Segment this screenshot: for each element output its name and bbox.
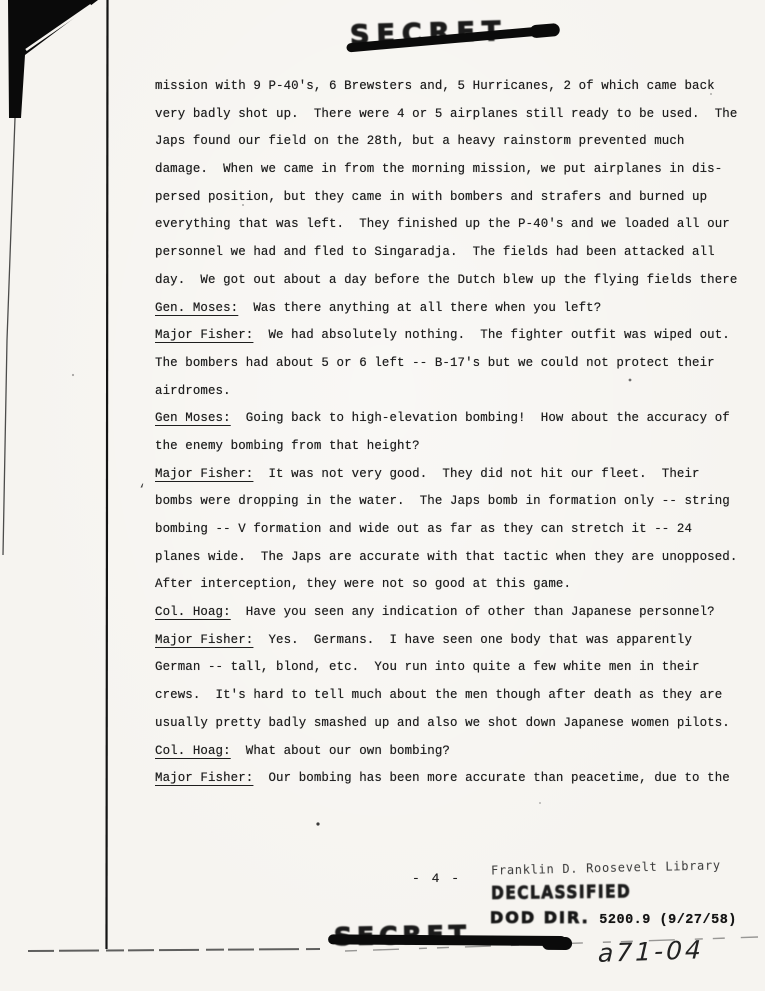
transcript-line: mission with 9 P-40's, 6 Brewsters and, … (155, 73, 761, 101)
transcript-line-text: persed position, but they came in with b… (155, 190, 707, 204)
bottom-scan-line-left (28, 949, 320, 951)
transcript-line-text: What about our own bombing? (231, 744, 450, 758)
transcript-line-text: The bombers had about 5 or 6 left -- B-1… (155, 356, 715, 370)
speaker-name: Gen Moses: (155, 411, 231, 425)
speaker-name: Col. Hoag: (155, 605, 231, 619)
secret-stamp-bottom-label: SECRET (334, 920, 471, 951)
transcript-line: day. We got out about a day before the D… (155, 267, 761, 295)
library-stamp: Franklin D. Roosevelt Library (491, 858, 721, 877)
transcript-line: Major Fisher: It was not very good. They… (155, 461, 761, 489)
transcript-body: mission with 9 P-40's, 6 Brewsters and, … (155, 73, 761, 793)
left-edge-line (3, 118, 15, 555)
transcript-line: Major Fisher: We had absolutely nothing.… (155, 322, 761, 350)
speaker-name: Gen. Moses: (155, 301, 238, 315)
speaker-name: Col. Hoag: (155, 744, 231, 758)
transcript-line: Major Fisher: Our bombing has been more … (155, 765, 761, 793)
transcript-line-text: day. We got out about a day before the D… (155, 273, 737, 287)
declassified-stamp: DECLASSIFIED (491, 880, 631, 903)
transcript-line: everything that was left. They finished … (155, 211, 761, 239)
speaker-name: Major Fisher: (155, 467, 253, 481)
page-edge-vertical-line (107, 0, 108, 949)
transcript-line: persed position, but they came in with b… (155, 184, 761, 212)
transcript-line: Major Fisher: Yes. Germans. I have seen … (155, 627, 761, 655)
secret-stamp-top: SECRET (350, 16, 508, 51)
dod-directive-line: DOD DIR. 5200.9 (9/27/58) (490, 908, 737, 928)
transcript-line: very badly shot up. There were 4 or 5 ai… (155, 101, 761, 129)
strikethrough-mark-top (346, 25, 554, 52)
transcript-line-text: German -- tall, blond, etc. You run into… (155, 660, 700, 674)
transcript-line-text: Yes. Germans. I have seen one body that … (253, 633, 692, 647)
transcript-line-text: bombing -- V formation and wide out as f… (155, 522, 692, 536)
transcript-line: Col. Hoag: What about our own bombing? (155, 738, 761, 766)
transcript-line-text: damage. When we came in from the morning… (155, 162, 722, 176)
transcript-line-text: We had absolutely nothing. The fighter o… (253, 328, 730, 342)
transcript-line-text: personnel we had and fled to Singaradja.… (155, 245, 715, 259)
transcript-line: Japs found our field on the 28th, but a … (155, 128, 761, 156)
transcript-line: airdromes. (155, 378, 761, 406)
corner-fold-artifact (8, 0, 98, 118)
handwritten-archive-code: a71-04 (598, 935, 705, 968)
page-number: - 4 - (412, 871, 461, 886)
transcript-line: Gen Moses: Going back to high-elevation … (155, 405, 761, 433)
transcript-line: the enemy bombing from that height? (155, 433, 761, 461)
speaker-name: Major Fisher: (155, 633, 253, 647)
transcript-line: German -- tall, blond, etc. You run into… (155, 654, 761, 682)
transcript-line-text: After interception, they were not so goo… (155, 577, 571, 591)
secret-stamp-bottom: SECRET (334, 920, 471, 951)
transcript-line: Gen. Moses: Was there anything at all th… (155, 295, 761, 323)
transcript-line-text: everything that was left. They finished … (155, 217, 730, 231)
transcript-line: crews. It's hard to tell much about the … (155, 682, 761, 710)
transcript-line-text: It was not very good. They did not hit o… (253, 467, 699, 481)
transcript-line: bombs were dropping in the water. The Ja… (155, 488, 761, 516)
transcript-line-text: airdromes. (155, 384, 231, 398)
transcript-line-text: the enemy bombing from that height? (155, 439, 420, 453)
secret-stamp-top-label: SECRET (350, 16, 508, 51)
transcript-line-text: Our bombing has been more accurate than … (253, 771, 730, 785)
transcript-line: damage. When we came in from the morning… (155, 156, 761, 184)
transcript-line-text: Was there anything at all there when you… (238, 301, 601, 315)
strikethrough-mark-bottom (328, 934, 566, 945)
dod-stamp: DOD DIR. (490, 908, 590, 927)
transcript-line-text: crews. It's hard to tell much about the … (155, 688, 722, 702)
scanned-document-page: SECRET mission with 9 P-40's, 6 Brewster… (0, 0, 765, 991)
transcript-line: Col. Hoag: Have you seen any indication … (155, 599, 761, 627)
speaker-name: Major Fisher: (155, 771, 253, 785)
transcript-line-text: usually pretty badly smashed up and also… (155, 716, 730, 730)
corner-fold-crease (26, 5, 91, 50)
scan-speck (316, 822, 319, 825)
transcript-line-text: Going back to high-elevation bombing! Ho… (231, 411, 730, 425)
transcript-line-text: Japs found our field on the 28th, but a … (155, 134, 684, 148)
transcript-line: After interception, they were not so goo… (155, 571, 761, 599)
dod-directive-number: 5200.9 (9/27/58) (599, 913, 737, 928)
transcript-line-text: bombs were dropping in the water. The Ja… (155, 494, 730, 508)
stray-apostrophe-mark: ‘ (138, 482, 146, 497)
scan-speck (72, 374, 74, 376)
transcript-line-text: very badly shot up. There were 4 or 5 ai… (155, 107, 737, 121)
transcript-line-text: Have you seen any indication of other th… (231, 605, 715, 619)
transcript-line-text: planes wide. The Japs are accurate with … (155, 550, 737, 564)
scan-speck (539, 802, 541, 804)
transcript-line: usually pretty badly smashed up and also… (155, 710, 761, 738)
transcript-line: personnel we had and fled to Singaradja.… (155, 239, 761, 267)
transcript-line: bombing -- V formation and wide out as f… (155, 516, 761, 544)
speaker-name: Major Fisher: (155, 328, 253, 342)
transcript-line: The bombers had about 5 or 6 left -- B-1… (155, 350, 761, 378)
transcript-line: planes wide. The Japs are accurate with … (155, 544, 761, 572)
transcript-line-text: mission with 9 P-40's, 6 Brewsters and, … (155, 79, 715, 93)
